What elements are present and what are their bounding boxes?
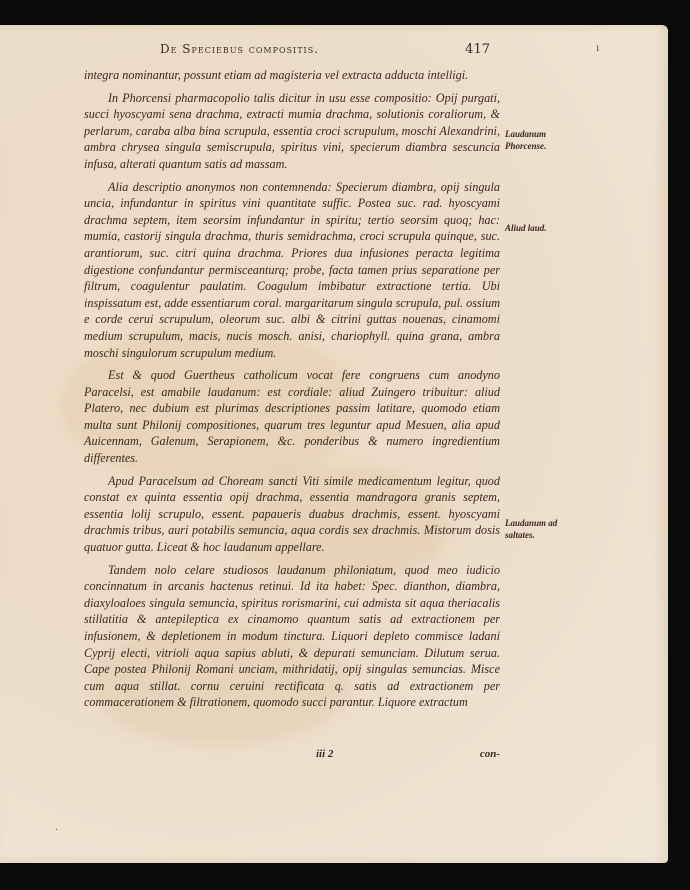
running-title: De Speciebus compositis.: [160, 42, 319, 56]
page-number: 417: [465, 42, 490, 57]
paper-mark: ı: [596, 43, 599, 54]
paragraph: Est & quod Guertheus catholicum vocat fe…: [84, 367, 500, 467]
body-text: integra nominantur, possunt etiam ad mag…: [84, 67, 500, 711]
paragraph: integra nominantur, possunt etiam ad mag…: [84, 67, 500, 84]
marginal-note: Laudanum ad saltates.: [505, 517, 565, 541]
paragraph: Apud Paracelsum ad Choream sancti Viti s…: [84, 473, 500, 556]
paragraph: In Phorcensi pharmacopolio talis dicitur…: [84, 90, 500, 173]
marginal-note: Laudanum Phorcense.: [505, 128, 565, 152]
running-header: De Speciebus compositis. 417: [160, 42, 490, 57]
signature-mark: iii 2: [316, 748, 333, 760]
paper-mark: ·: [55, 825, 58, 836]
marginal-note: Aliud laud.: [505, 222, 565, 234]
paragraph: Alia descriptio anonymos non contemnenda…: [84, 179, 500, 362]
paragraph: Tandem nolo celare studiosos laudanum ph…: [84, 562, 500, 711]
catchword: con-: [480, 748, 500, 760]
